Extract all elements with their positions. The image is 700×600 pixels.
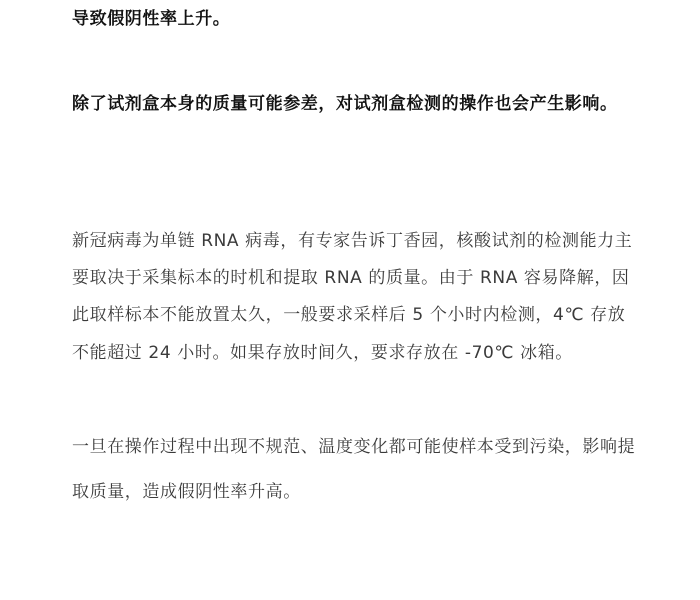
intro-tail-text: 导致假阴性率上升。 [72, 8, 230, 30]
paragraph-line: 要取决于采集标本的时机和提取 RNA 的质量。由于 RNA 容易降解，因 [72, 267, 630, 289]
paragraph-line: 一旦在操作过程中出现不规范、温度变化都可能使样本受到污染，影响提 [72, 436, 635, 458]
paragraph-line: 不能超过 24 小时。如果存放时间久，要求存放在 -70℃ 冰箱。 [72, 342, 573, 364]
paragraph-line: 新冠病毒为单链 RNA 病毒，有专家告诉丁香园，核酸试剂的检测能力主 [72, 230, 632, 252]
bold-statement: 除了试剂盒本身的质量可能参差，对试剂盒检测的操作也会产生影响。 [72, 93, 618, 115]
paragraph-line: 取质量，造成假阴性率升高。 [72, 481, 301, 503]
paragraph-line: 此取样标本不能放置太久，一般要求采样后 5 个小时内检测，4℃ 存放 [72, 304, 625, 326]
